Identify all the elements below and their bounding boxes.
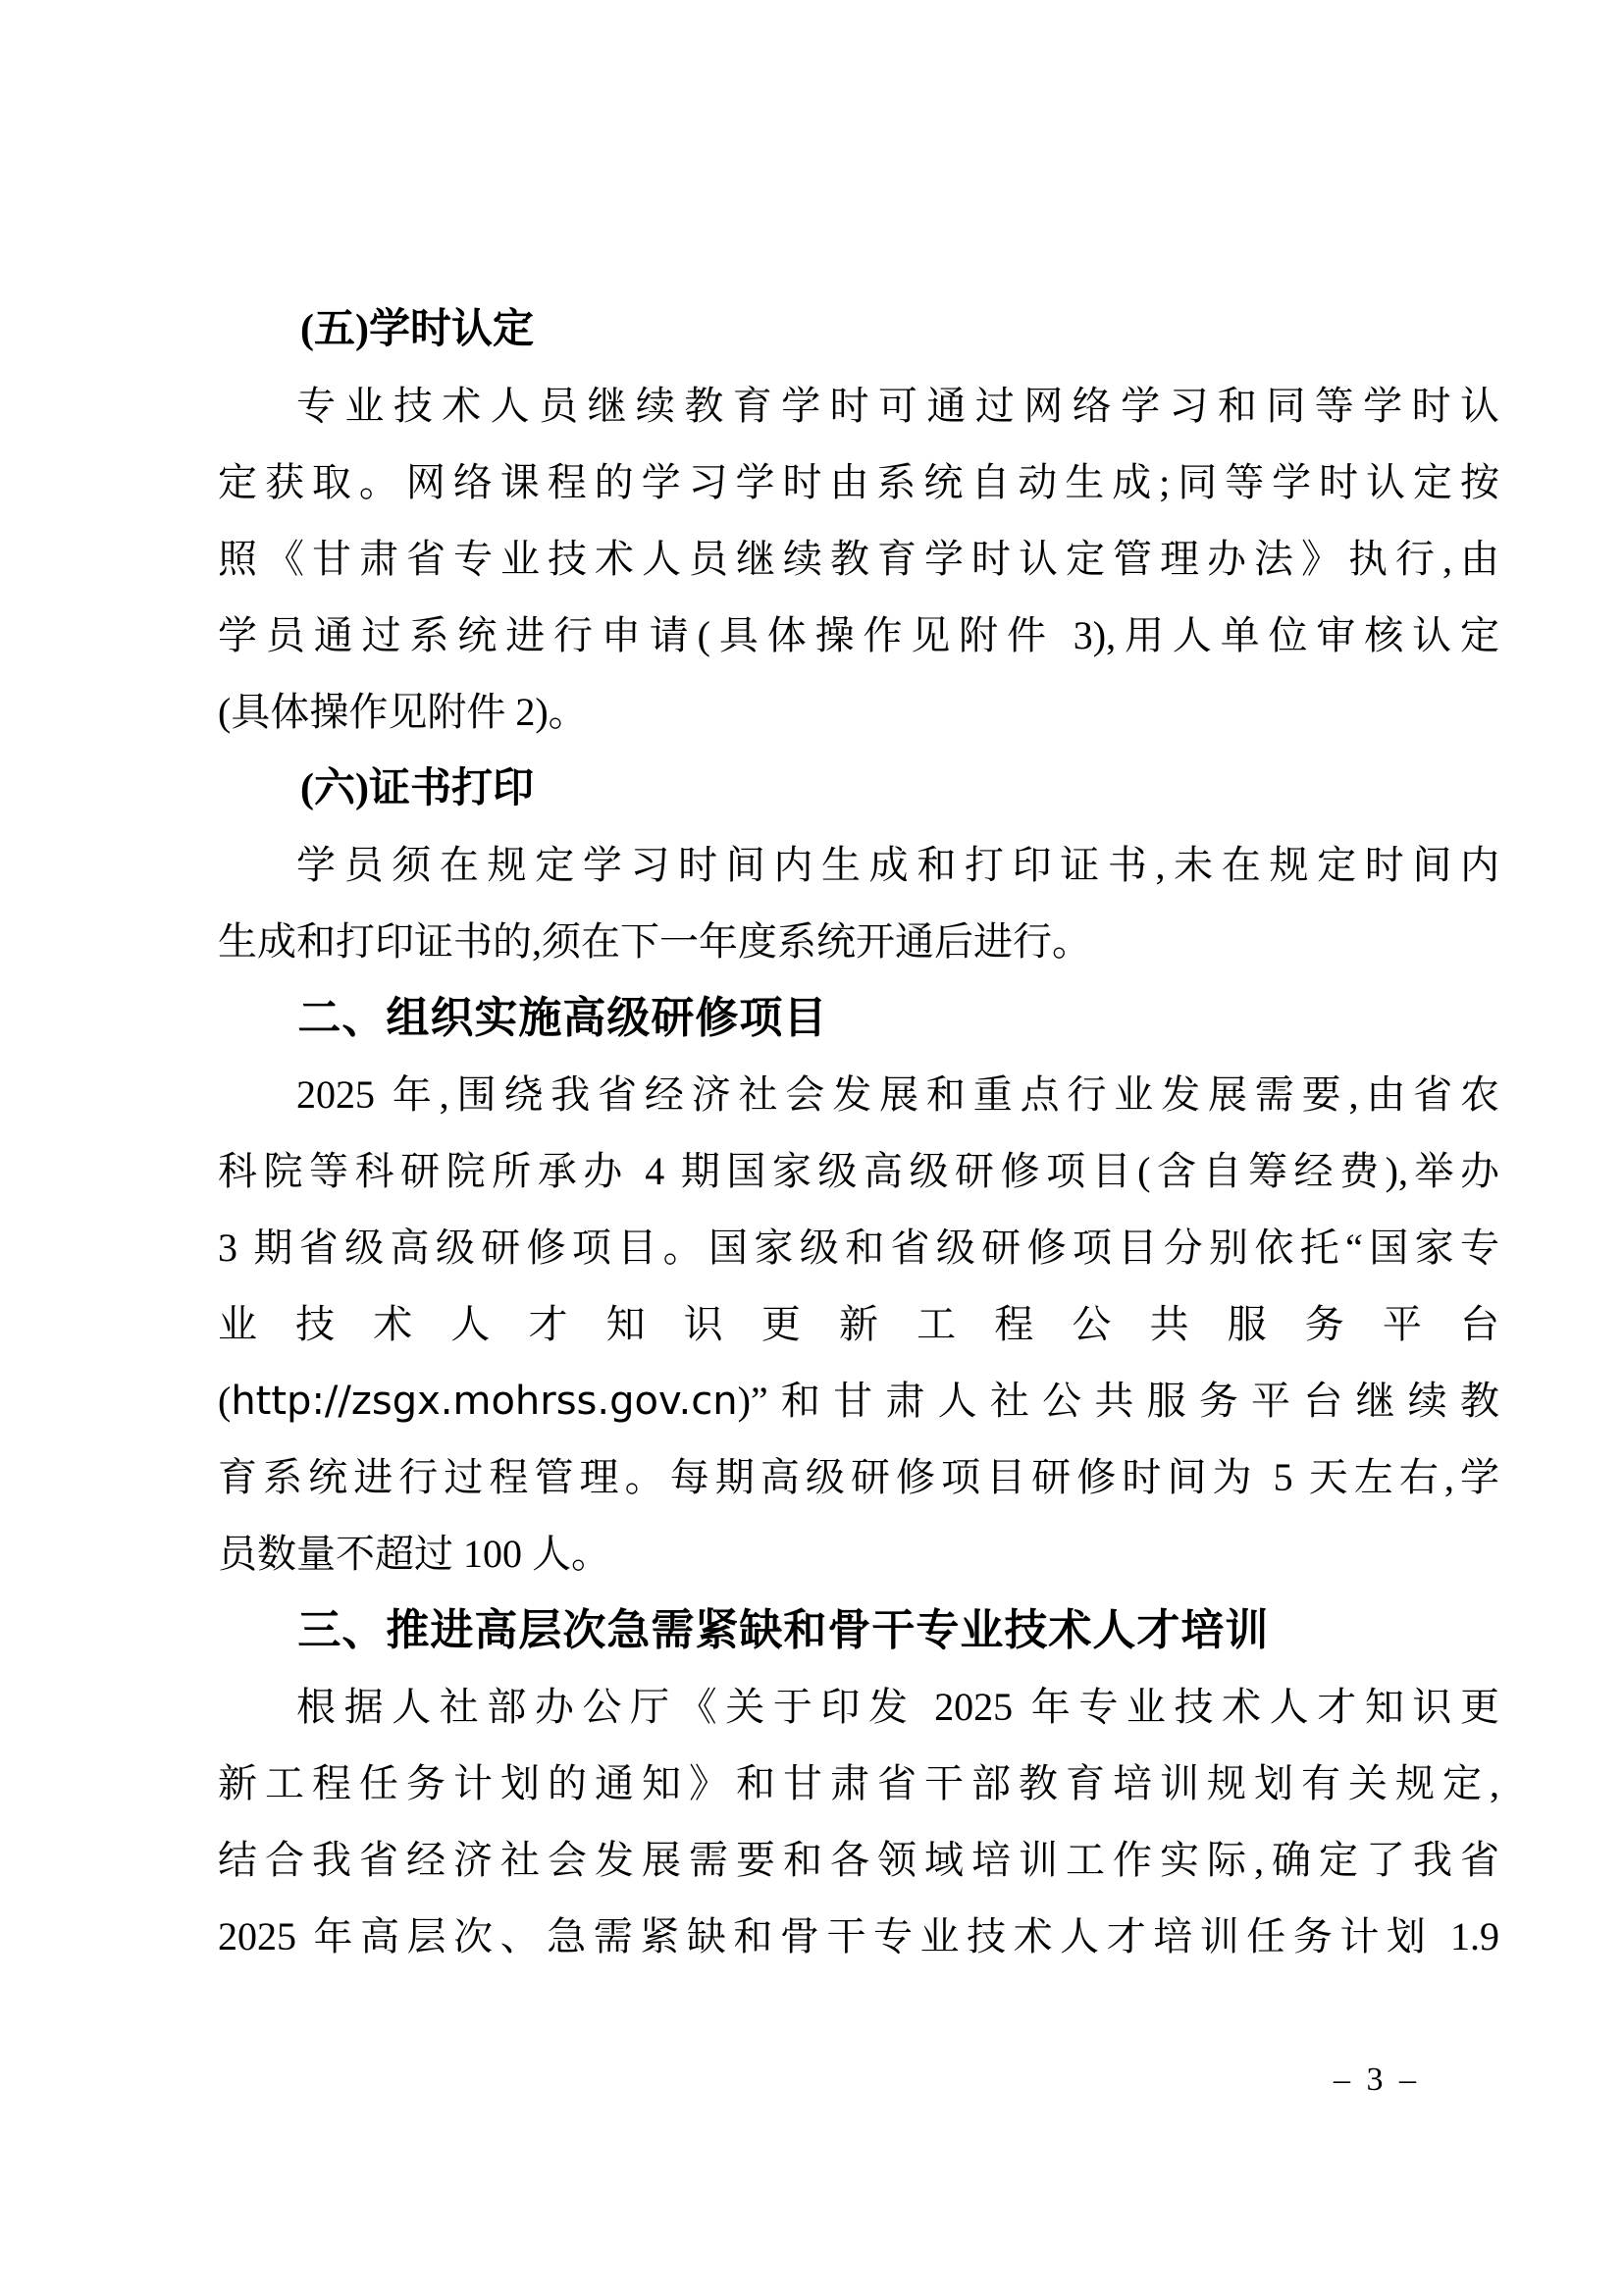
document-line: 2025 年高层次、急需紧缺和骨干专业技术人才培训任务计划 1.9	[218, 1899, 1499, 1975]
url-text: http://zsgx.mohrss.gov.cn	[231, 1379, 737, 1424]
document-line: 照《甘肃省专业技术人员继续教育学时认定管理办法》执行,由	[218, 521, 1499, 598]
document-line: (http://zsgx.mohrss.gov.cn)”和甘肃人社公共服务平台继…	[218, 1363, 1499, 1439]
page-number: – 3 –	[1313, 2059, 1441, 2102]
document-line: 育系统进行过程管理。每期高级研修项目研修时间为 5 天左右,学	[218, 1439, 1499, 1516]
document-line: 根据人社部办公厅《关于印发 2025 年专业技术人才知识更	[218, 1669, 1499, 1746]
document-line: 业技术人才知识更新工程公共服务平台	[218, 1286, 1499, 1363]
document-line: 新工程任务计划的通知》和甘肃省干部教育培训规划有关规定,	[218, 1746, 1499, 1822]
document-line: 3 期省级高级研修项目。国家级和省级研修项目分别依托“国家专	[218, 1210, 1499, 1286]
document-line: 学员须在规定学习时间内生成和打印证书,未在规定时间内	[218, 827, 1499, 904]
document-line: 学员通过系统进行申请(具体操作见附件 3),用人单位审核认定	[218, 598, 1499, 674]
document-line: 员数量不超过 100 人。	[218, 1516, 1499, 1592]
text-segment: (	[218, 1379, 231, 1423]
text-segment: )”和甘肃人社公共服务平台继续教	[738, 1379, 1499, 1423]
document-body: (五)学时认定专业技术人员继续教育学时可通过网络学习和同等学时认定获取。网络课程…	[218, 291, 1499, 1975]
document-line: 专业技术人员继续教育学时可通过网络学习和同等学时认	[218, 368, 1499, 444]
section-heading-6: (六)证书打印	[218, 751, 1499, 827]
document-line: 结合我省经济社会发展需要和各领域培训工作实际,确定了我省	[218, 1822, 1499, 1899]
document-line: 生成和打印证书的,须在下一年度系统开通后进行。	[218, 904, 1499, 980]
document-line: (具体操作见附件 2)。	[218, 674, 1499, 751]
document-page: (五)学时认定专业技术人员继续教育学时可通过网络学习和同等学时认定获取。网络课程…	[0, 0, 1624, 2296]
section-heading-5: (五)学时认定	[218, 291, 1499, 368]
document-line: 2025 年,围绕我省经济社会发展和重点行业发展需要,由省农	[218, 1057, 1499, 1133]
document-line: 科院等科研院所承办 4 期国家级高级研修项目(含自筹经费),举办	[218, 1133, 1499, 1210]
section-heading-2: 二、组织实施高级研修项目	[218, 980, 1499, 1057]
section-heading-3: 三、推进高层次急需紧缺和骨干专业技术人才培训	[218, 1592, 1499, 1669]
document-line: 定获取。网络课程的学习学时由系统自动生成;同等学时认定按	[218, 444, 1499, 521]
